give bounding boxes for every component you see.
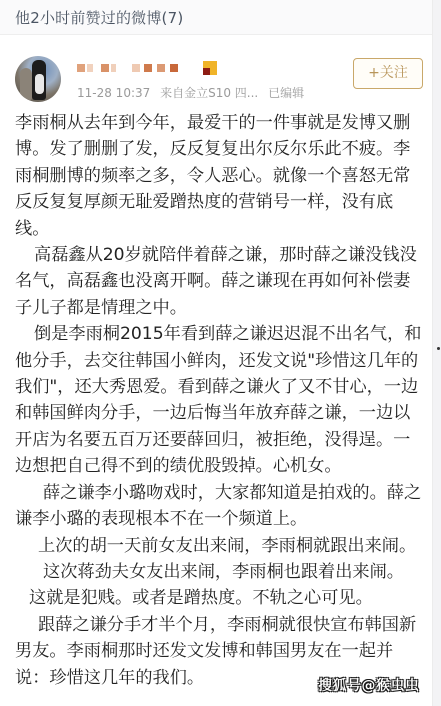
- sohu-watermark: 搜狐号@猴虫虫: [318, 675, 420, 695]
- avatar-cat-shape: [35, 74, 44, 94]
- post-source: 来自金立S10 四...: [160, 86, 258, 100]
- post-paragraph: 李雨桐从去年到今年，最爱干的一件事就是发博又删博。发了删删了发，反反复复出尔反尔…: [15, 110, 425, 242]
- post-paragraph: 上次的胡一天前女友出来闹，李雨桐就跟出来闹。: [15, 533, 425, 559]
- avatar[interactable]: [15, 56, 61, 102]
- post-paragraph: 倒是李雨桐2015年看到薛之谦迟迟混不出名气，和他分手，去交往韩国小鲜肉，还发文…: [15, 321, 425, 479]
- weibo-liked-page: 他2小时前赞过的微博(7) 11-28 10:37 来自金立S10 四... 已…: [0, 0, 432, 706]
- post-paragraph: 这次蒋劲夫女友出来闹，李雨桐也跟着出来闹。: [15, 559, 425, 585]
- post-paragraph: 这就是犯贱。或者是蹭热度。不轨之心可见。: [15, 585, 425, 611]
- post-paragraph: 高磊鑫从20岁就陪伴着薛之谦，那时薛之谦没钱没名气，高磊鑫也没离开啊。薛之谦现在…: [15, 242, 425, 321]
- vip-badge-icon: [203, 61, 217, 75]
- follow-button[interactable]: +关注: [353, 58, 423, 89]
- post-meta: 11-28 10:37 来自金立S10 四... 已编辑: [77, 84, 310, 101]
- post-time[interactable]: 11-28 10:37: [77, 86, 150, 100]
- liked-posts-title[interactable]: 他2小时前赞过的微博(7): [15, 7, 183, 28]
- avatar-cat-shape: [20, 68, 32, 100]
- section-header: 他2小时前赞过的微博(7): [0, 0, 432, 35]
- post-body: 李雨桐从去年到今年，最爱干的一件事就是发博又删博。发了删删了发，反反复复出尔反尔…: [15, 110, 425, 691]
- scroll-indicator-dot: [437, 347, 440, 350]
- scrollbar-track[interactable]: [432, 0, 441, 706]
- post-paragraph: 薛之谦李小璐吻戏时，大家都知道是拍戏的。薛之谦李小璐的表现根本不在一个频道上。: [15, 480, 425, 533]
- edited-label[interactable]: 已编辑: [268, 86, 304, 100]
